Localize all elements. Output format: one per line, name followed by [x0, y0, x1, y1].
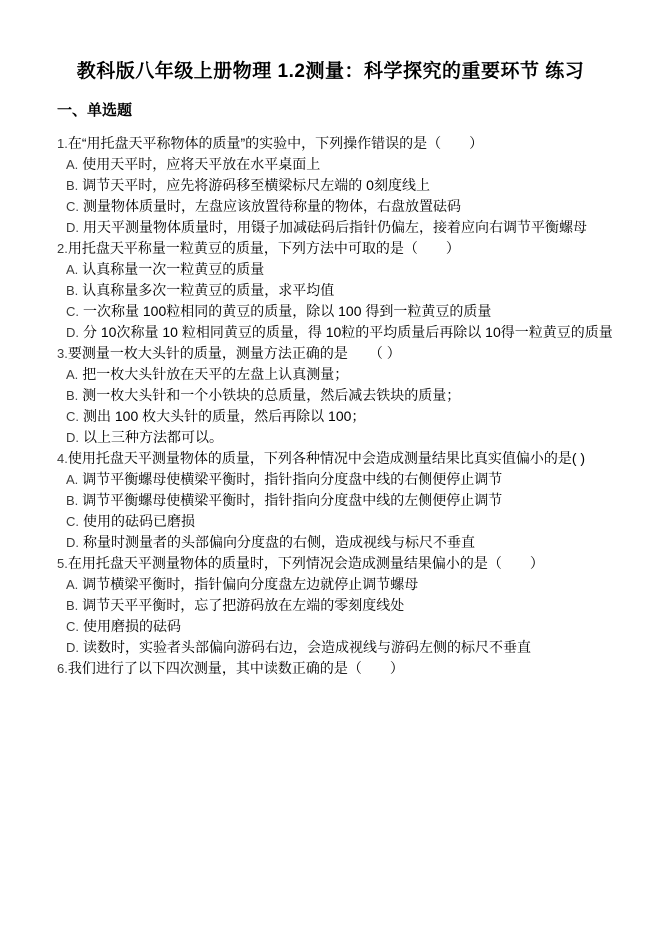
option-text: 一次称量 100粒相同的黄豆的质量，除以 100 得到一粒黄豆的质量 [83, 303, 491, 319]
question-4: 4.使用托盘天平测量物体的质量，下列各种情况中会造成测量结果比真实值偏小的是( … [0, 448, 661, 553]
document-title: 教科版八年级上册物理 1.2测量：科学探究的重要环节 练习 [0, 0, 661, 86]
option-text: 调节天平时，应先将游码移至横梁标尺左端的 0刻度线上 [82, 177, 430, 193]
question-stem: 1.在“用托盘天平称物体的质量”的实验中，下列操作错误的是（ ） [0, 133, 661, 154]
option-text: 调节平衡螺母使横梁平衡时，指针指向分度盘中线的左侧便停止调节 [82, 492, 502, 508]
question-stem: 4.使用托盘天平测量物体的质量，下列各种情况中会造成测量结果比真实值偏小的是( … [0, 448, 661, 469]
option-d: D.分 10次称量 10 粒相同黄豆的质量，得 10粒的平均质量后再除以 10得… [0, 322, 661, 343]
option-label: B. [66, 388, 78, 403]
question-text: 要测量一枚大头针的质量，测量方法正确的是 （ ） [68, 345, 401, 361]
option-a: A.使用天平时，应将天平放在水平桌面上 [0, 154, 661, 175]
question-text: 在“用托盘天平称物体的质量”的实验中，下列操作错误的是（ ） [68, 135, 483, 151]
option-label: D. [66, 220, 79, 235]
question-2: 2.用托盘天平称量一粒黄豆的质量，下列方法中可取的是（ ） A.认真称量一次一粒… [0, 238, 661, 343]
option-text: 把一枚大头针放在天平的左盘上认真测量； [82, 366, 348, 382]
option-text: 认真称量多次一粒黄豆的质量，求平均值 [82, 282, 334, 298]
option-text: 使用的砝码已磨损 [83, 513, 195, 529]
question-stem: 3.要测量一枚大头针的质量，测量方法正确的是 （ ） [0, 343, 661, 364]
question-6: 6.我们进行了以下四次测量，其中读数正确的是（ ） [0, 658, 661, 679]
option-a: A.调节平衡螺母使横梁平衡时，指针指向分度盘中线的右侧便停止调节 [0, 469, 661, 490]
question-stem: 2.用托盘天平称量一粒黄豆的质量，下列方法中可取的是（ ） [0, 238, 661, 259]
question-number: 2. [57, 241, 68, 256]
option-text: 调节横梁平衡时，指针偏向分度盘左边就停止调节螺母 [82, 576, 418, 592]
option-c: C.使用磨损的砝码 [0, 616, 661, 637]
option-label: C. [66, 304, 79, 319]
document-page: 教科版八年级上册物理 1.2测量：科学探究的重要环节 练习 一、单选题 1.在“… [0, 0, 661, 936]
option-label: D. [66, 535, 79, 550]
option-label: A. [66, 577, 78, 592]
option-c: C.测量物体质量时，左盘应该放置待称量的物体，右盘放置砝码 [0, 196, 661, 217]
option-label: D. [66, 430, 79, 445]
question-1: 1.在“用托盘天平称物体的质量”的实验中，下列操作错误的是（ ） A.使用天平时… [0, 133, 661, 238]
option-label: B. [66, 493, 78, 508]
option-label: C. [66, 619, 79, 634]
option-d: D.读数时，实验者头部偏向游码右边，会造成视线与游码左侧的标尺不垂直 [0, 637, 661, 658]
option-label: C. [66, 409, 79, 424]
section-heading: 一、单选题 [57, 100, 661, 121]
question-number: 3. [57, 346, 68, 361]
question-stem: 5.在用托盘天平测量物体的质量时，下列情况会造成测量结果偏小的是（ ） [0, 553, 661, 574]
option-text: 读数时，实验者头部偏向游码右边，会造成视线与游码左侧的标尺不垂直 [83, 639, 531, 655]
option-a: A.调节横梁平衡时，指针偏向分度盘左边就停止调节螺母 [0, 574, 661, 595]
option-b: B.调节天平时，应先将游码移至横梁标尺左端的 0刻度线上 [0, 175, 661, 196]
option-d: D.用天平测量物体质量时，用镊子加减砝码后指针仍偏左，接着应向右调节平衡螺母 [0, 217, 661, 238]
question-5: 5.在用托盘天平测量物体的质量时，下列情况会造成测量结果偏小的是（ ） A.调节… [0, 553, 661, 658]
option-c: C.测出 100 枚大头针的质量，然后再除以 100； [0, 406, 661, 427]
question-text: 用托盘天平称量一粒黄豆的质量，下列方法中可取的是（ ） [68, 240, 460, 256]
option-label: A. [66, 472, 78, 487]
question-3: 3.要测量一枚大头针的质量，测量方法正确的是 （ ） A.把一枚大头针放在天平的… [0, 343, 661, 448]
question-list: 1.在“用托盘天平称物体的质量”的实验中，下列操作错误的是（ ） A.使用天平时… [0, 133, 661, 679]
option-text: 分 10次称量 10 粒相同黄豆的质量，得 10粒的平均质量后再除以 10得一粒… [83, 324, 613, 340]
option-label: A. [66, 262, 78, 277]
option-text: 测出 100 枚大头针的质量，然后再除以 100； [83, 408, 365, 424]
option-label: C. [66, 514, 79, 529]
question-text: 在用托盘天平测量物体的质量时，下列情况会造成测量结果偏小的是（ ） [68, 555, 544, 571]
option-text: 使用磨损的砝码 [83, 618, 181, 634]
option-label: C. [66, 199, 79, 214]
option-b: B.测一枚大头针和一个小铁块的总质量，然后减去铁块的质量； [0, 385, 661, 406]
option-text: 认真称量一次一粒黄豆的质量 [82, 261, 264, 277]
question-number: 4. [57, 451, 68, 466]
question-text: 使用托盘天平测量物体的质量，下列各种情况中会造成测量结果比真实值偏小的是( ) [68, 450, 585, 466]
question-text: 我们进行了以下四次测量，其中读数正确的是（ ） [68, 660, 404, 676]
option-text: 测一枚大头针和一个小铁块的总质量，然后减去铁块的质量； [82, 387, 460, 403]
option-label: D. [66, 325, 79, 340]
option-label: B. [66, 178, 78, 193]
option-b: B.调节平衡螺母使横梁平衡时，指针指向分度盘中线的左侧便停止调节 [0, 490, 661, 511]
option-b: B.认真称量多次一粒黄豆的质量，求平均值 [0, 280, 661, 301]
option-c: C.一次称量 100粒相同的黄豆的质量，除以 100 得到一粒黄豆的质量 [0, 301, 661, 322]
option-text: 测量物体质量时，左盘应该放置待称量的物体，右盘放置砝码 [83, 198, 461, 214]
option-label: B. [66, 283, 78, 298]
question-number: 6. [57, 661, 68, 676]
option-text: 称量时测量者的头部偏向分度盘的右侧，造成视线与标尺不垂直 [83, 534, 475, 550]
option-text: 调节天平平衡时，忘了把游码放在左端的零刻度线处 [82, 597, 404, 613]
question-number: 5. [57, 556, 68, 571]
option-label: A. [66, 157, 78, 172]
option-label: B. [66, 598, 78, 613]
option-b: B.调节天平平衡时，忘了把游码放在左端的零刻度线处 [0, 595, 661, 616]
question-number: 1. [57, 136, 68, 151]
option-text: 使用天平时，应将天平放在水平桌面上 [82, 156, 320, 172]
option-d: D.以上三种方法都可以。 [0, 427, 661, 448]
option-text: 调节平衡螺母使横梁平衡时，指针指向分度盘中线的右侧便停止调节 [82, 471, 502, 487]
option-text: 以上三种方法都可以。 [83, 429, 223, 445]
option-c: C.使用的砝码已磨损 [0, 511, 661, 532]
option-a: A.把一枚大头针放在天平的左盘上认真测量； [0, 364, 661, 385]
option-d: D.称量时测量者的头部偏向分度盘的右侧，造成视线与标尺不垂直 [0, 532, 661, 553]
option-label: D. [66, 640, 79, 655]
option-text: 用天平测量物体质量时，用镊子加减砝码后指针仍偏左，接着应向右调节平衡螺母 [83, 219, 587, 235]
option-a: A.认真称量一次一粒黄豆的质量 [0, 259, 661, 280]
question-stem: 6.我们进行了以下四次测量，其中读数正确的是（ ） [0, 658, 661, 679]
option-label: A. [66, 367, 78, 382]
